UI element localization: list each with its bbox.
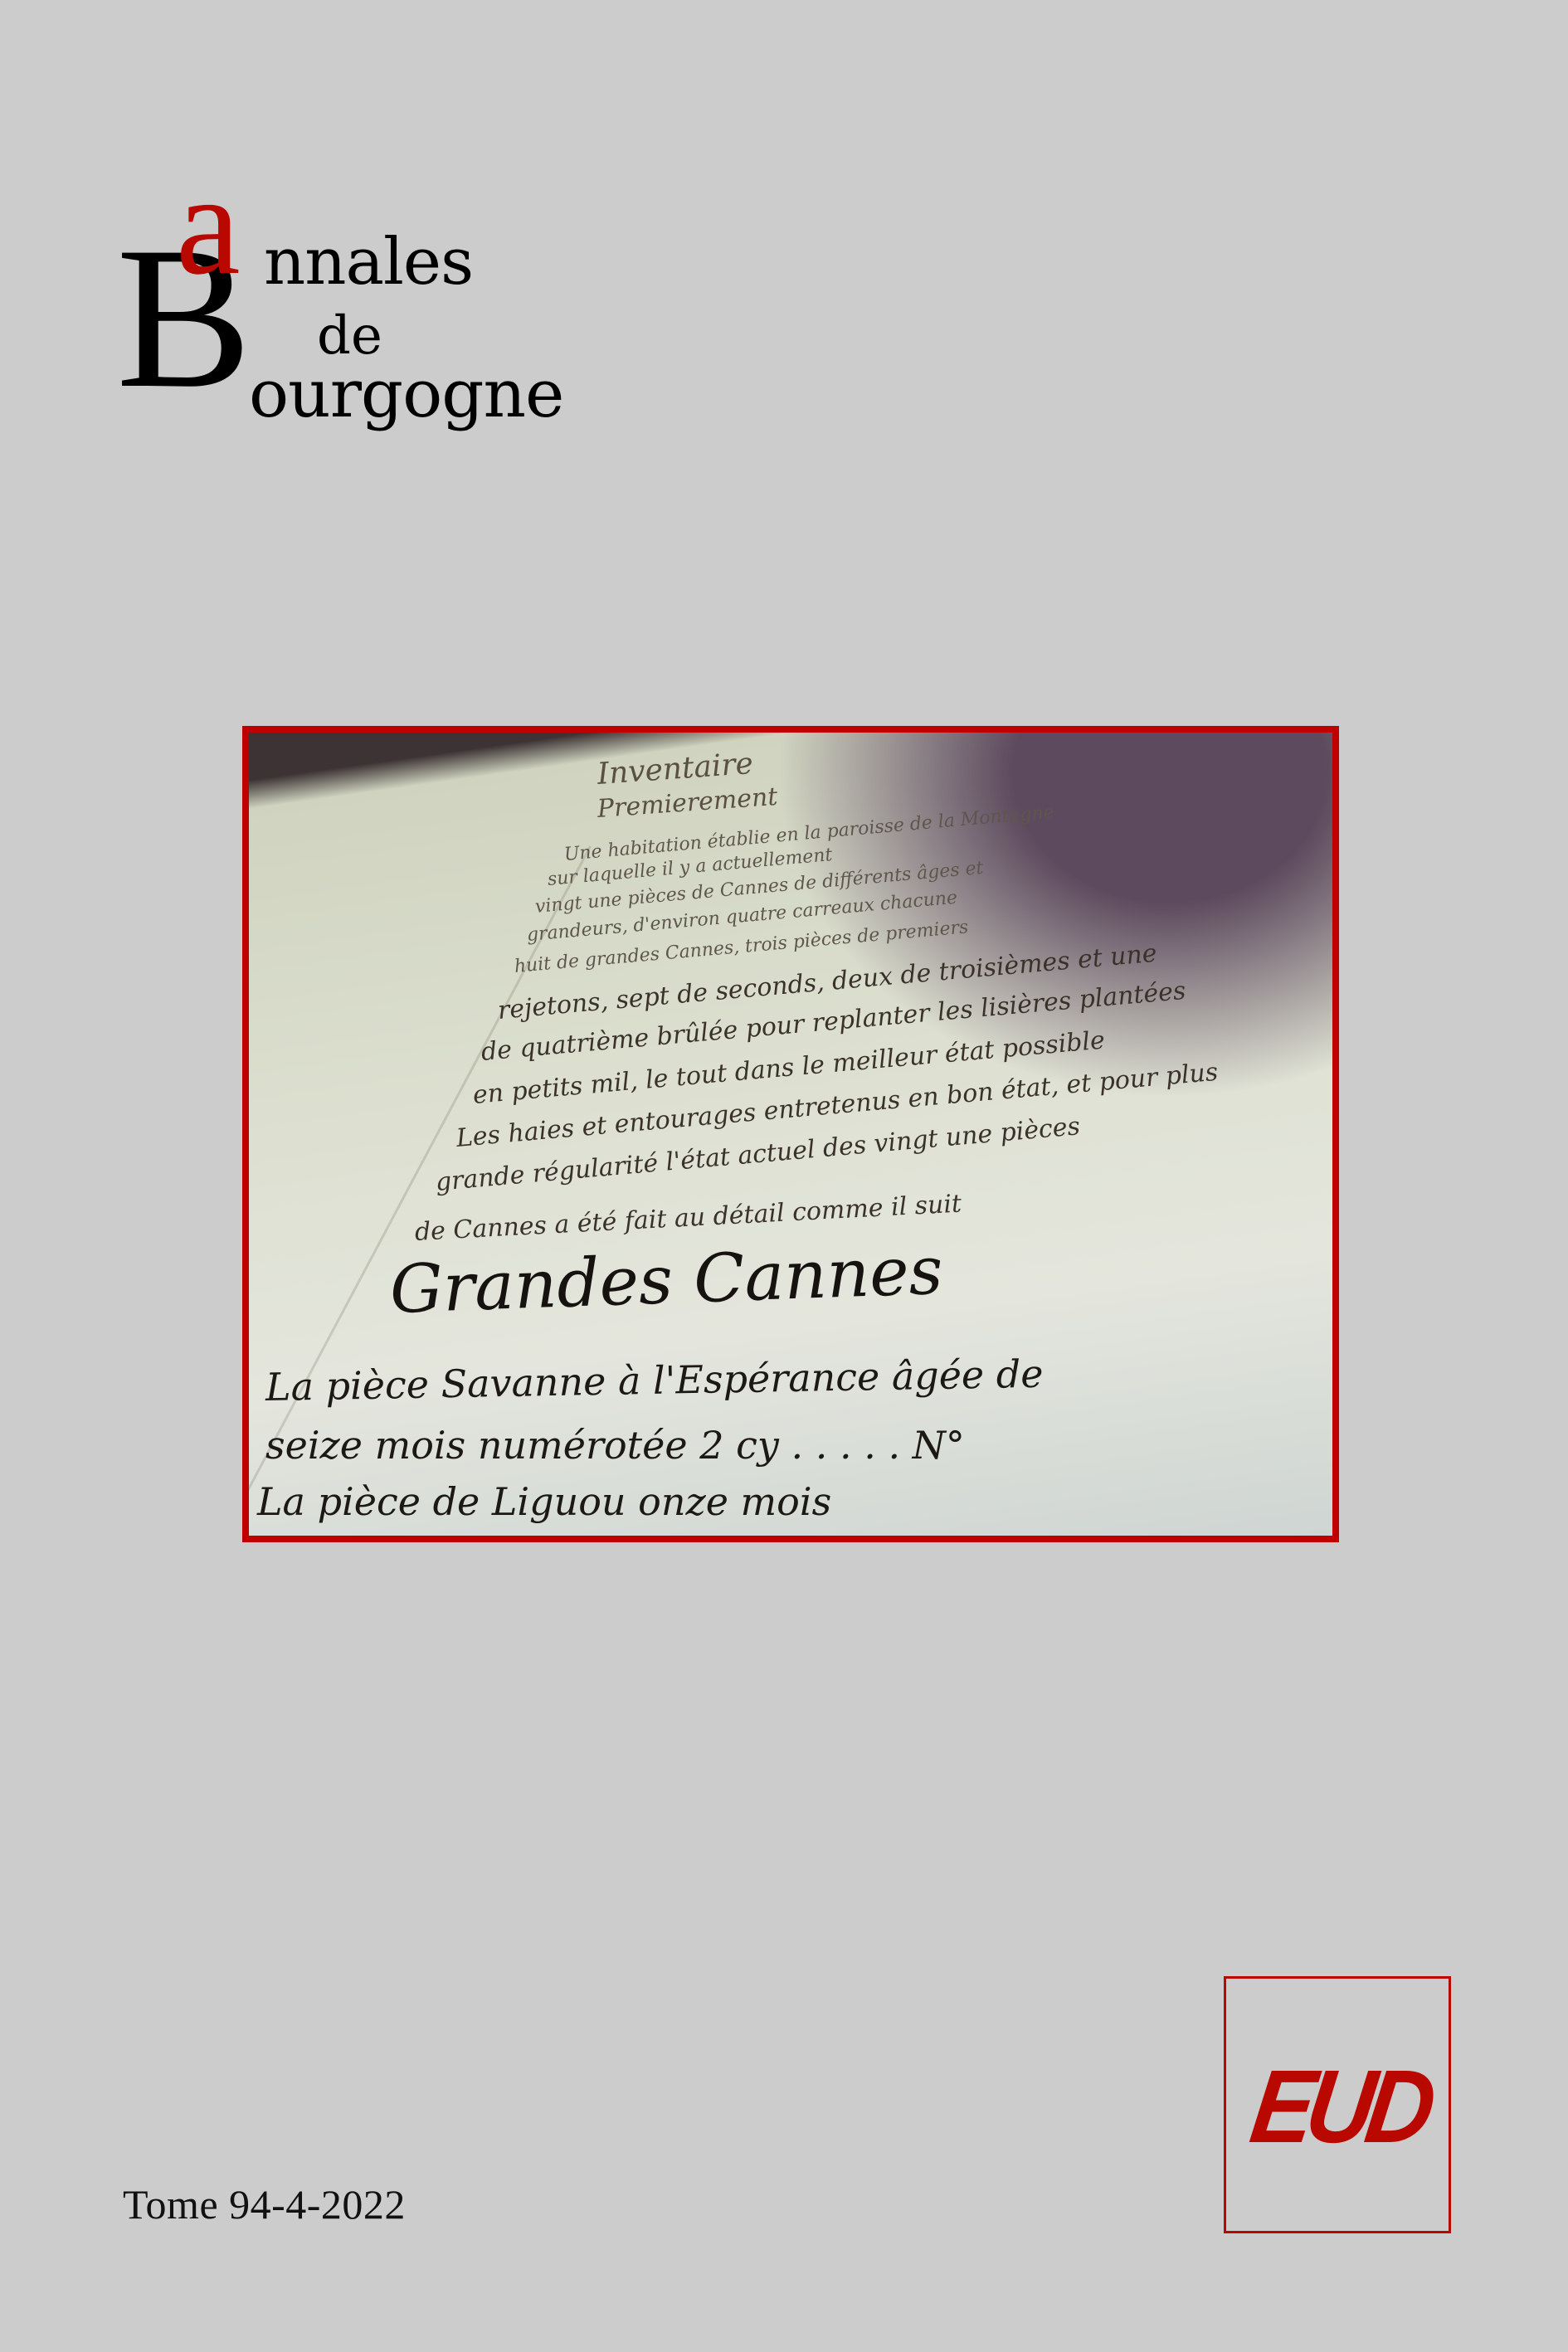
manuscript-line: seize mois numérotée 2 cy . . . . . N° [265,1423,965,1468]
manuscript-heading: Grandes Cannes [388,1232,944,1328]
cover-photo-manuscript: Inventaire Premierement Une habitation é… [242,726,1339,1542]
publisher-logo: EUD [1245,2055,1434,2159]
logo-initial-a: a [176,152,241,297]
publisher-logo-box: EUD [1224,1976,1451,2233]
journal-logo: B a nnales de ourgogne [116,187,631,436]
issue-label: Tome 94-4-2022 [123,2180,406,2228]
logo-word-annales: nnales [264,230,473,295]
manuscript-line: La pièce de Liguou onze mois [257,1479,831,1524]
manuscript-line: La pièce Savanne à l'Espérance âgée de [265,1351,1044,1410]
logo-word-bourgogne: ourgogne [249,361,563,427]
